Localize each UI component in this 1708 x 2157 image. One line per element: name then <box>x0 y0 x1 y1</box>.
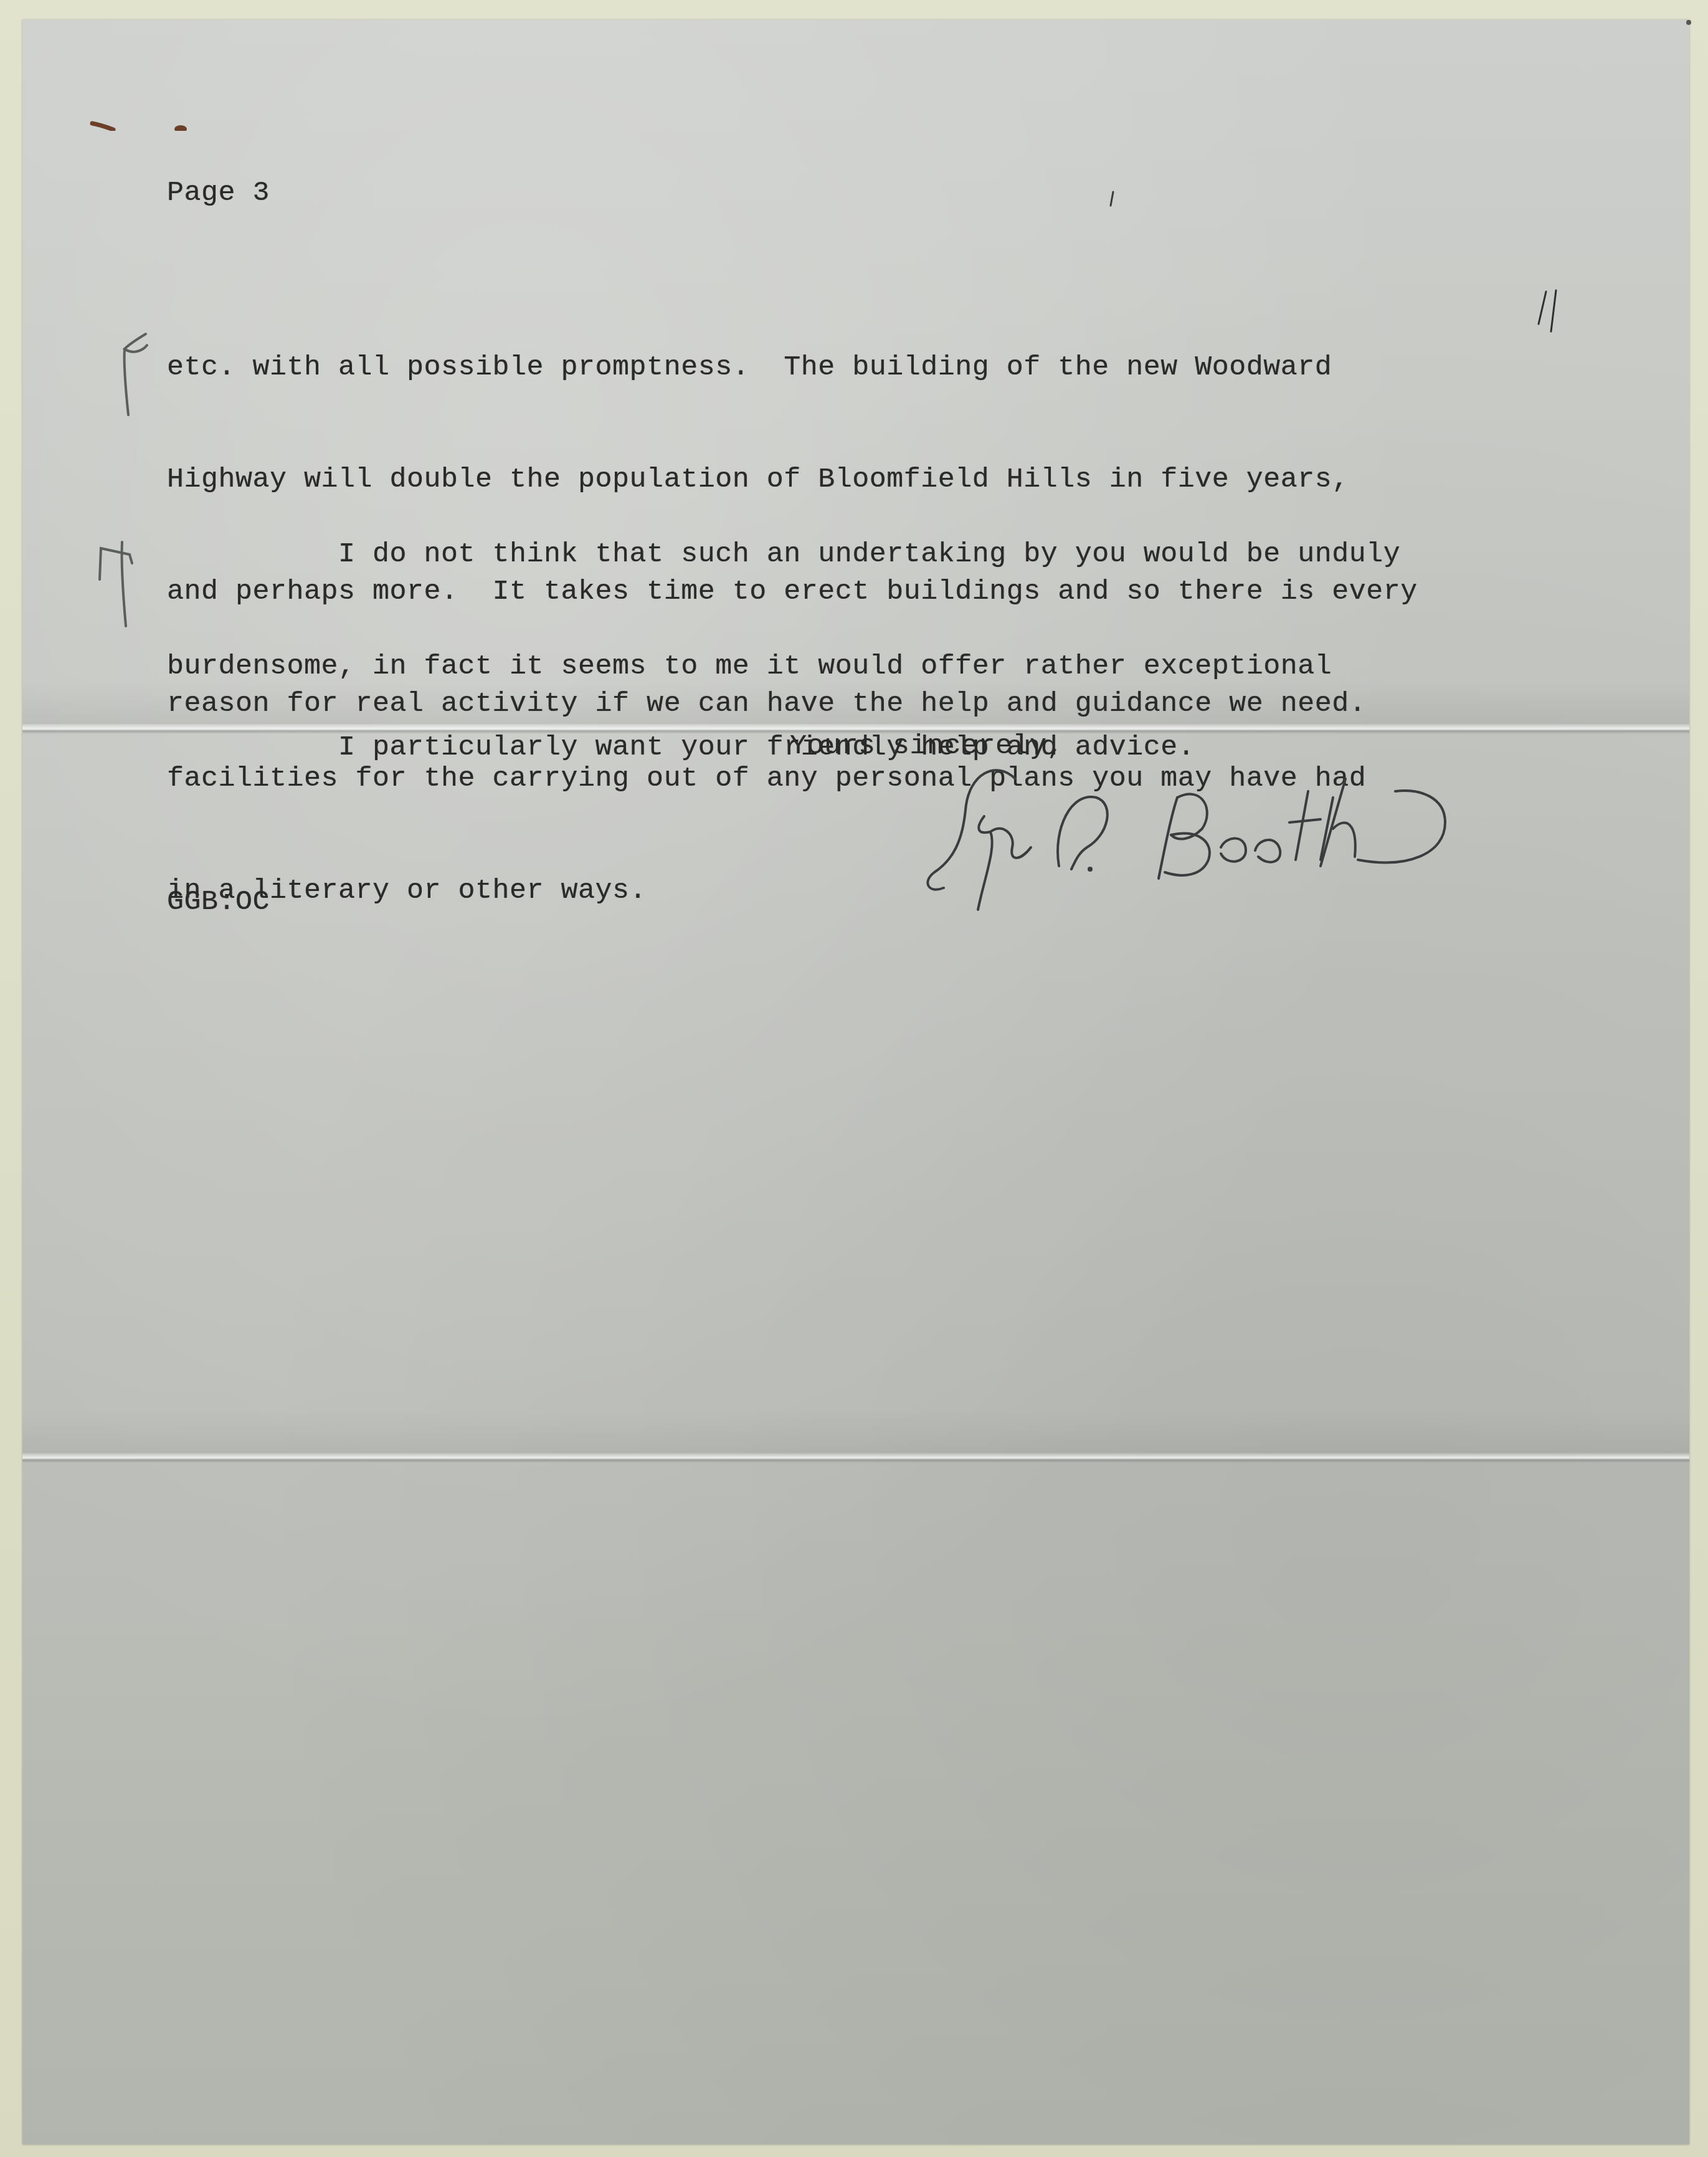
paragraph-line: I do not think that such an undertaking … <box>167 536 1400 573</box>
pencil-mark-4-icon <box>93 536 143 629</box>
fold-line-lower <box>22 1453 1689 1463</box>
corner-dot-icon <box>1686 19 1692 26</box>
pencil-mark-double-slash-icon <box>1532 287 1570 336</box>
reference-initials: GGB:OC <box>167 883 270 921</box>
paragraph-line: etc. with all possible promptness. The b… <box>167 349 1418 386</box>
stray-mark-icon <box>1109 190 1115 209</box>
page-number: Page 3 <box>167 174 270 212</box>
pencil-mark-f-icon <box>116 329 153 422</box>
staple-marks-icon <box>69 93 193 131</box>
fold-shadow-lower <box>22 1409 1689 1453</box>
signature-icon <box>909 754 1520 928</box>
